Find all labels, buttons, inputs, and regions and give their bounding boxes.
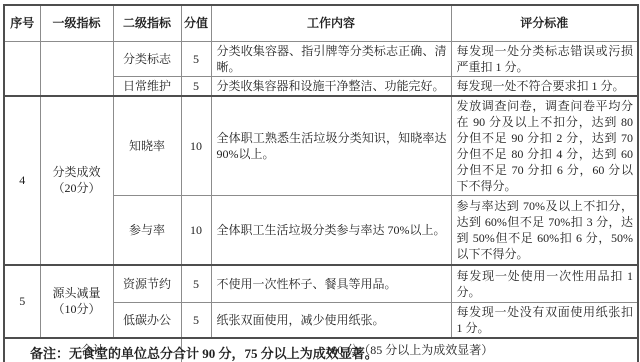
cell-level2: 参与率 — [113, 195, 181, 265]
cell-level1-blank — [40, 41, 113, 96]
col-header-level1-indicator: 一级指标 — [40, 5, 113, 41]
table-header-row: 序号 一级指标 二级指标 分值 工作内容 评分标准 — [4, 5, 638, 41]
cell-scoring-standard: 发放调查问卷，调查问卷平均分在 90 分及以上不扣分，达到 80 分但不足 90… — [451, 96, 638, 196]
cell-work-content: 全体职工生活垃圾分类参与率达 70%以上。 — [211, 195, 451, 265]
cell-work-content: 分类收集容器和设施干净整洁、功能完好。 — [211, 76, 451, 96]
cell-score: 5 — [181, 76, 211, 96]
cell-scoring-standard: 每发现一处没有双面使用纸张扣 1 分。 — [451, 302, 638, 338]
col-header-serial: 序号 — [4, 5, 40, 41]
cell-work-content: 全体职工熟悉生活垃圾分类知识，知晓率达 90%以上。 — [211, 96, 451, 196]
cell-level2: 低碳办公 — [113, 302, 181, 338]
cell-serial-5: 5 — [4, 265, 40, 338]
document-page: 序号 一级指标 二级指标 分值 工作内容 评分标准 分类标志 5 分类收集容器、… — [0, 0, 640, 362]
cell-score: 10 — [181, 96, 211, 196]
col-header-work-content: 工作内容 — [211, 5, 451, 41]
cell-work-content: 不使用一次性杯子、餐具等用品。 — [211, 265, 451, 302]
cell-level2: 分类标志 — [113, 41, 181, 76]
cell-serial-blank — [4, 41, 40, 96]
cell-level1-classification-effect: 分类成效 （20分） — [40, 96, 113, 266]
cell-work-content: 分类收集容器、指引牌等分类标志正确、清晰。 — [211, 41, 451, 76]
cell-level2: 资源节约 — [113, 265, 181, 302]
cell-scoring-standard: 参与率达到 70%及以上不扣分，达到 60%但不足 70%扣 3 分，达到 50… — [451, 195, 638, 265]
cell-serial-4: 4 — [4, 96, 40, 266]
table-row-classification-signs: 分类标志 5 分类收集容器、指引牌等分类标志正确、清晰。 每发现一处分类标志错误… — [4, 41, 638, 76]
cell-score: 5 — [181, 41, 211, 76]
cell-score: 10 — [181, 195, 211, 265]
col-header-scoring-standard: 评分标准 — [451, 5, 638, 41]
cell-level2: 知晓率 — [113, 96, 181, 196]
cell-level2: 日常维护 — [113, 76, 181, 96]
cell-scoring-standard: 每发现一处使用一次性用品扣 1 分。 — [451, 265, 638, 302]
table-row-awareness-rate: 4 分类成效 （20分） 知晓率 10 全体职工熟悉生活垃圾分类知识，知晓率达 … — [4, 96, 638, 196]
col-header-score: 分值 — [181, 5, 211, 41]
cell-score: 5 — [181, 265, 211, 302]
scoring-criteria-table: 序号 一级指标 二级指标 分值 工作内容 评分标准 分类标志 5 分类收集容器、… — [3, 4, 639, 362]
cell-work-content: 纸张双面使用，减少使用纸张。 — [211, 302, 451, 338]
cell-scoring-standard: 每发现一处分类标志错误或污损严重扣 1 分。 — [451, 41, 638, 76]
cell-score: 5 — [181, 302, 211, 338]
footnote: 备注：无食堂的单位总分合计 90 分，75 分以上为成效显著。 — [30, 343, 378, 362]
cell-scoring-standard: 每发现一处不符合要求扣 1 分。 — [451, 76, 638, 96]
col-header-level2-indicator: 二级指标 — [113, 5, 181, 41]
cell-level1-source-reduction: 源头减量 （10分） — [40, 265, 113, 338]
table-row-resource-saving: 5 源头减量 （10分） 资源节约 5 不使用一次性杯子、餐具等用品。 每发现一… — [4, 265, 638, 302]
